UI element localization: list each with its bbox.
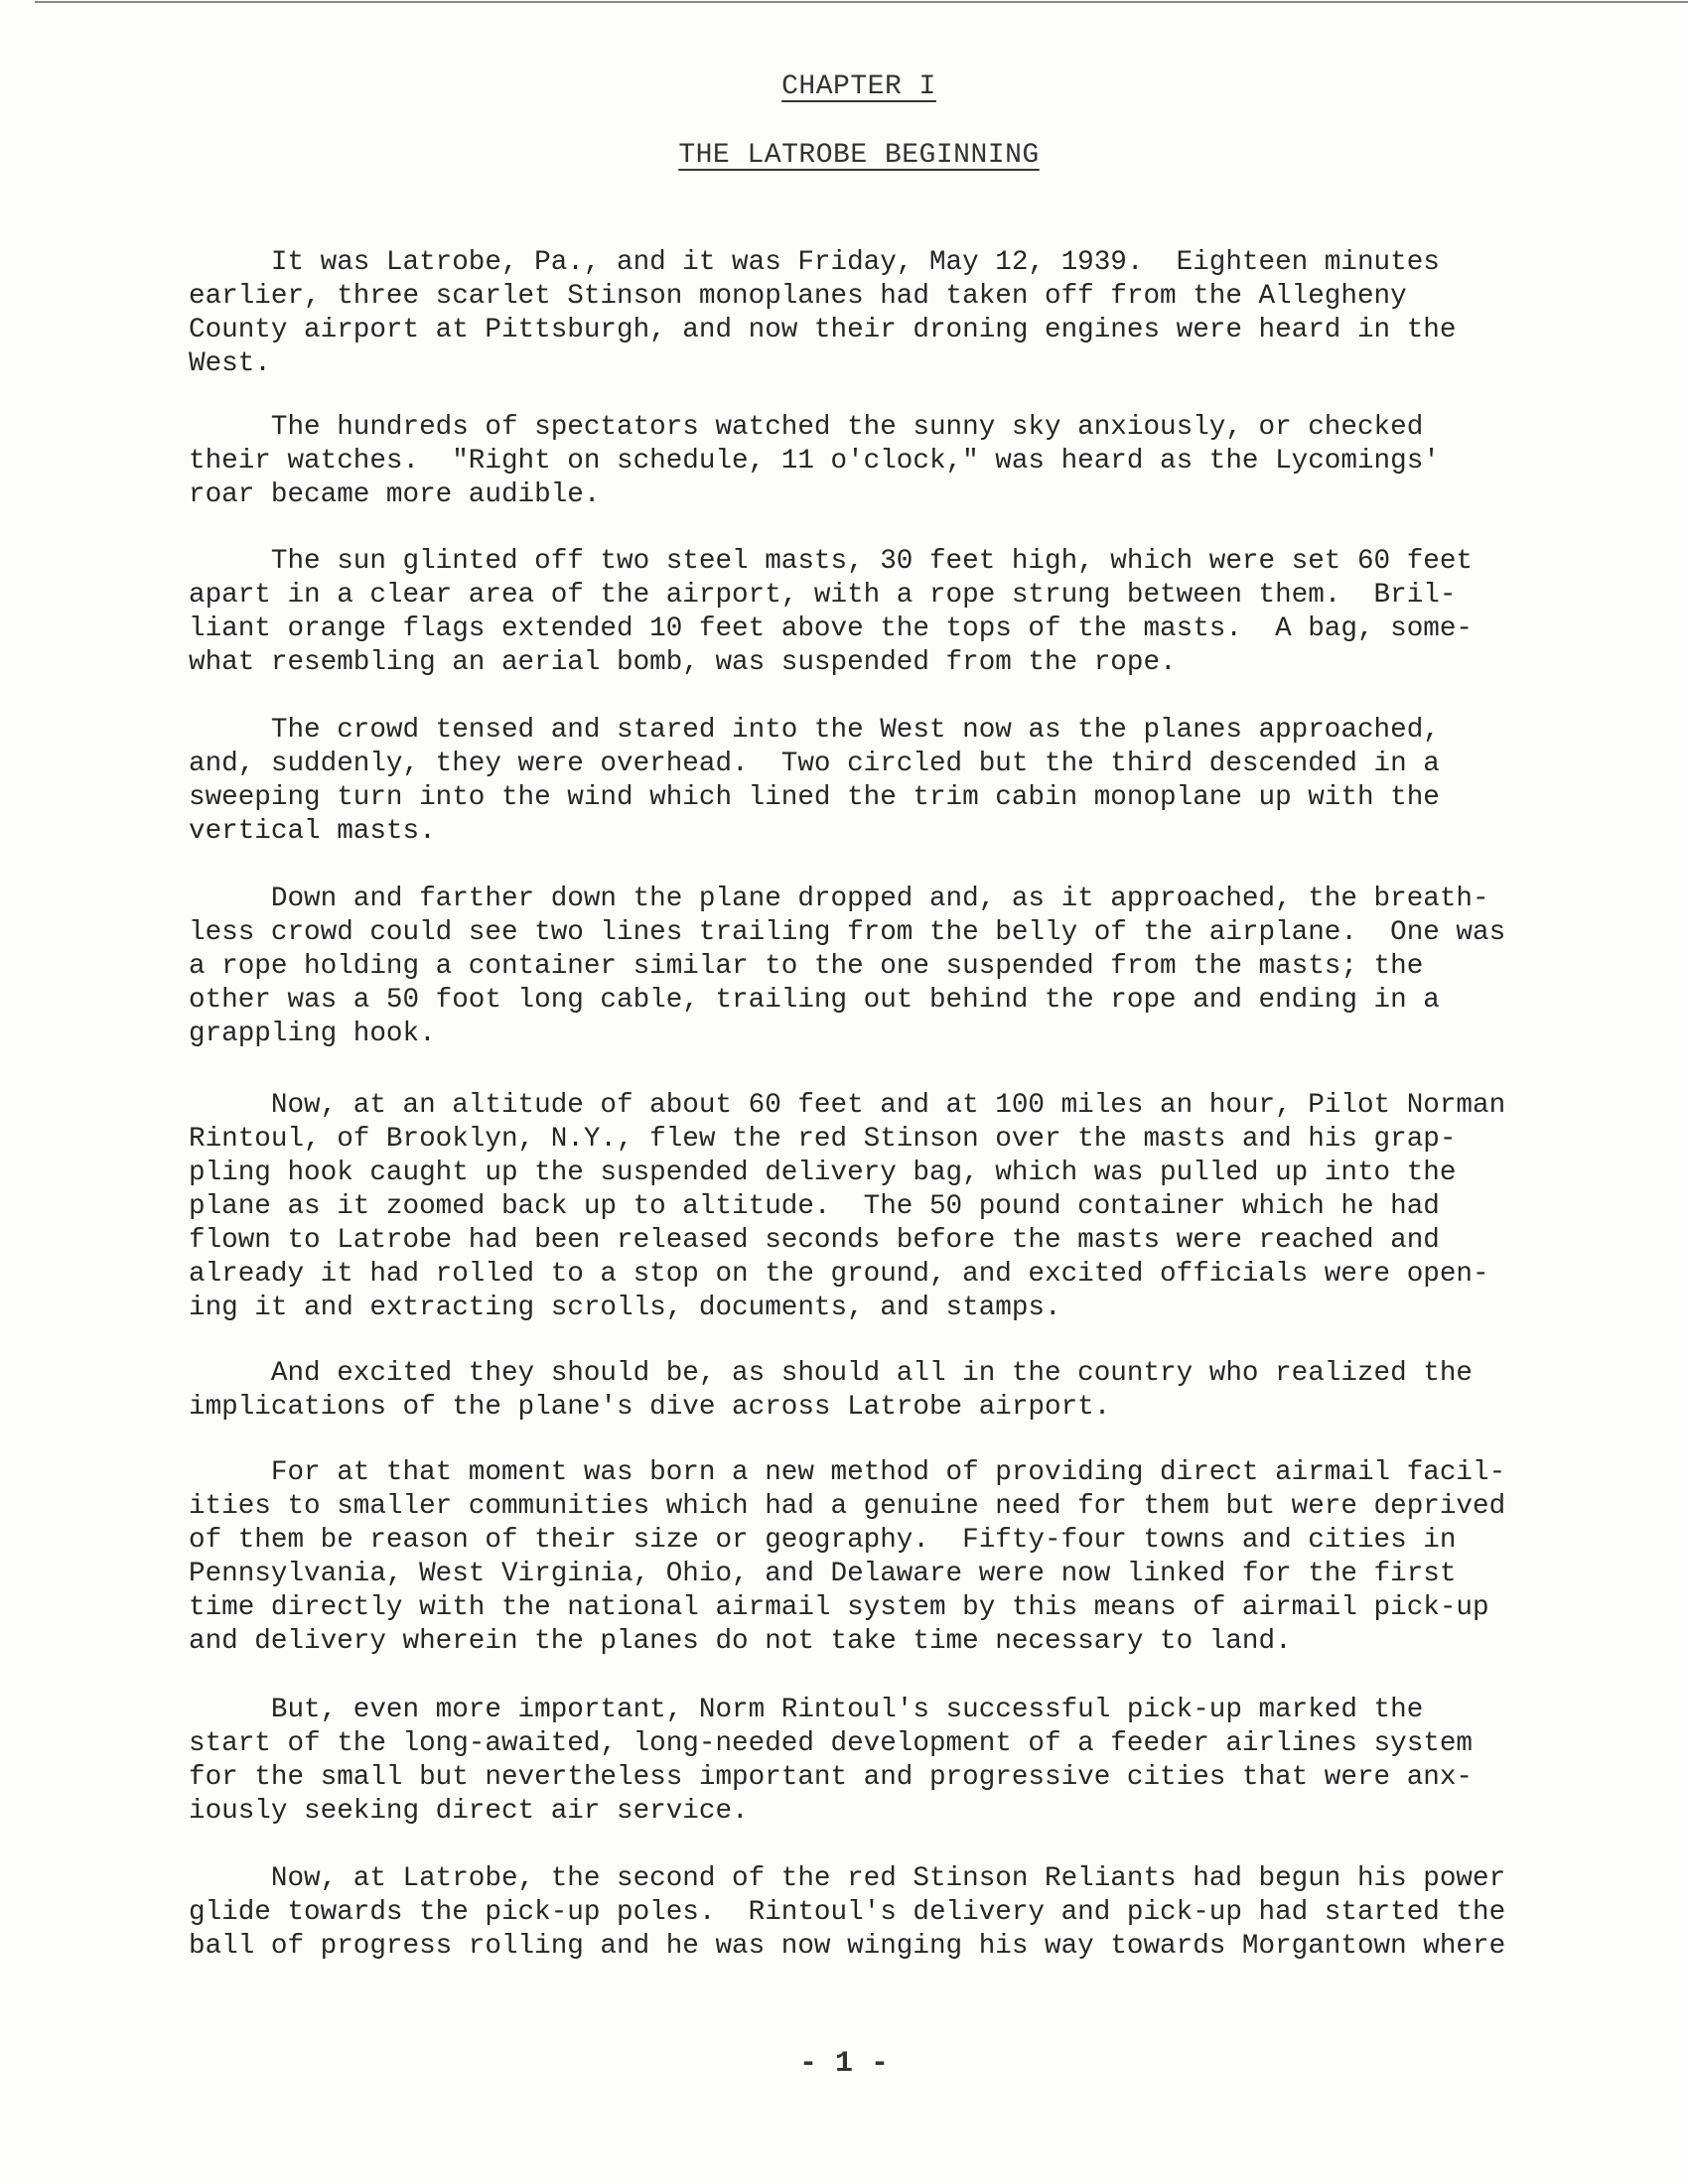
text-line: glide towards the pick-up poles. Rintoul… (189, 1896, 1551, 1930)
text-line: ball of progress rolling and he was now … (189, 1930, 1551, 1964)
text-line: less crowd could see two lines trailing … (189, 916, 1551, 950)
text-line: The sun glinted off two steel masts, 30 … (189, 545, 1551, 579)
paragraph: Down and farther down the plane dropped … (189, 883, 1551, 1051)
text-line: ing it and extracting scrolls, documents… (189, 1292, 1551, 1325)
paragraph: The sun glinted off two steel masts, 30 … (189, 545, 1551, 680)
text-line: pling hook caught up the suspended deliv… (189, 1157, 1551, 1190)
text-line: sweeping turn into the wind which lined … (189, 781, 1551, 815)
text-line: of them be reason of their size or geogr… (189, 1524, 1551, 1558)
text-line: apart in a clear area of the airport, wi… (189, 579, 1551, 613)
text-line: other was a 50 foot long cable, trailing… (189, 984, 1551, 1018)
text-line: a rope holding a container similar to th… (189, 950, 1551, 984)
text-line: Now, at an altitude of about 60 feet and… (189, 1089, 1551, 1123)
text-line: time directly with the national airmail … (189, 1591, 1551, 1625)
paragraph: But, even more important, Norm Rintoul's… (189, 1694, 1551, 1829)
text-line: grappling hook. (189, 1018, 1551, 1051)
text-line: West. (189, 347, 1551, 381)
text-line: ities to smaller communities which had a… (189, 1490, 1551, 1524)
text-line: already it had rolled to a stop on the g… (189, 1258, 1551, 1292)
paragraph: The crowd tensed and stared into the Wes… (189, 714, 1551, 849)
text-line: vertical masts. (189, 815, 1551, 849)
text-line: iously seeking direct air service. (189, 1795, 1551, 1829)
text-line: For at that moment was born a new method… (189, 1456, 1551, 1490)
text-line: what resembling an aerial bomb, was susp… (189, 646, 1551, 680)
text-line: for the small but nevertheless important… (189, 1761, 1551, 1795)
paragraph: And excited they should be, as should al… (189, 1357, 1551, 1425)
text-line: County airport at Pittsburgh, and now th… (189, 314, 1551, 347)
text-line: Down and farther down the plane dropped … (189, 883, 1551, 916)
text-line: liant orange flags extended 10 feet abov… (189, 613, 1551, 646)
page-top-edge (35, 1, 1688, 3)
text-line: The hundreds of spectators watched the s… (189, 411, 1551, 445)
text-line: roar became more audible. (189, 478, 1551, 512)
text-line: Rintoul, of Brooklyn, N.Y., flew the red… (189, 1123, 1551, 1157)
text-line: earlier, three scarlet Stinson monoplane… (189, 280, 1551, 314)
paragraph: Now, at Latrobe, the second of the red S… (189, 1862, 1551, 1964)
text-line: The crowd tensed and stared into the Wes… (189, 714, 1551, 748)
text-line: flown to Latrobe had been released secon… (189, 1224, 1551, 1258)
chapter-heading: CHAPTER I (15, 71, 1688, 102)
text-line: But, even more important, Norm Rintoul's… (189, 1694, 1551, 1727)
text-line: plane as it zoomed back up to altitude. … (189, 1190, 1551, 1224)
text-line: implications of the plane's dive across … (189, 1391, 1551, 1425)
paragraph: Now, at an altitude of about 60 feet and… (189, 1089, 1551, 1325)
paragraph: It was Latrobe, Pa., and it was Friday, … (189, 246, 1551, 381)
text-line: Now, at Latrobe, the second of the red S… (189, 1862, 1551, 1896)
text-line: And excited they should be, as should al… (189, 1357, 1551, 1391)
paragraph: For at that moment was born a new method… (189, 1456, 1551, 1659)
chapter-title: THE LATROBE BEGINNING (15, 140, 1688, 171)
text-line: Pennsylvania, West Virginia, Ohio, and D… (189, 1558, 1551, 1591)
text-line: and delivery wherein the planes do not t… (189, 1625, 1551, 1659)
text-line: It was Latrobe, Pa., and it was Friday, … (189, 246, 1551, 280)
chapter-label: CHAPTER I (781, 71, 936, 102)
text-line: start of the long-awaited, long-needed d… (189, 1727, 1551, 1761)
text-line: and, suddenly, they were overhead. Two c… (189, 748, 1551, 781)
paragraph: The hundreds of spectators watched the s… (189, 411, 1551, 512)
chapter-title-text: THE LATROBE BEGINNING (678, 140, 1039, 171)
text-line: their watches. "Right on schedule, 11 o'… (189, 445, 1551, 478)
page-number: - 1 - (0, 2047, 1688, 2081)
